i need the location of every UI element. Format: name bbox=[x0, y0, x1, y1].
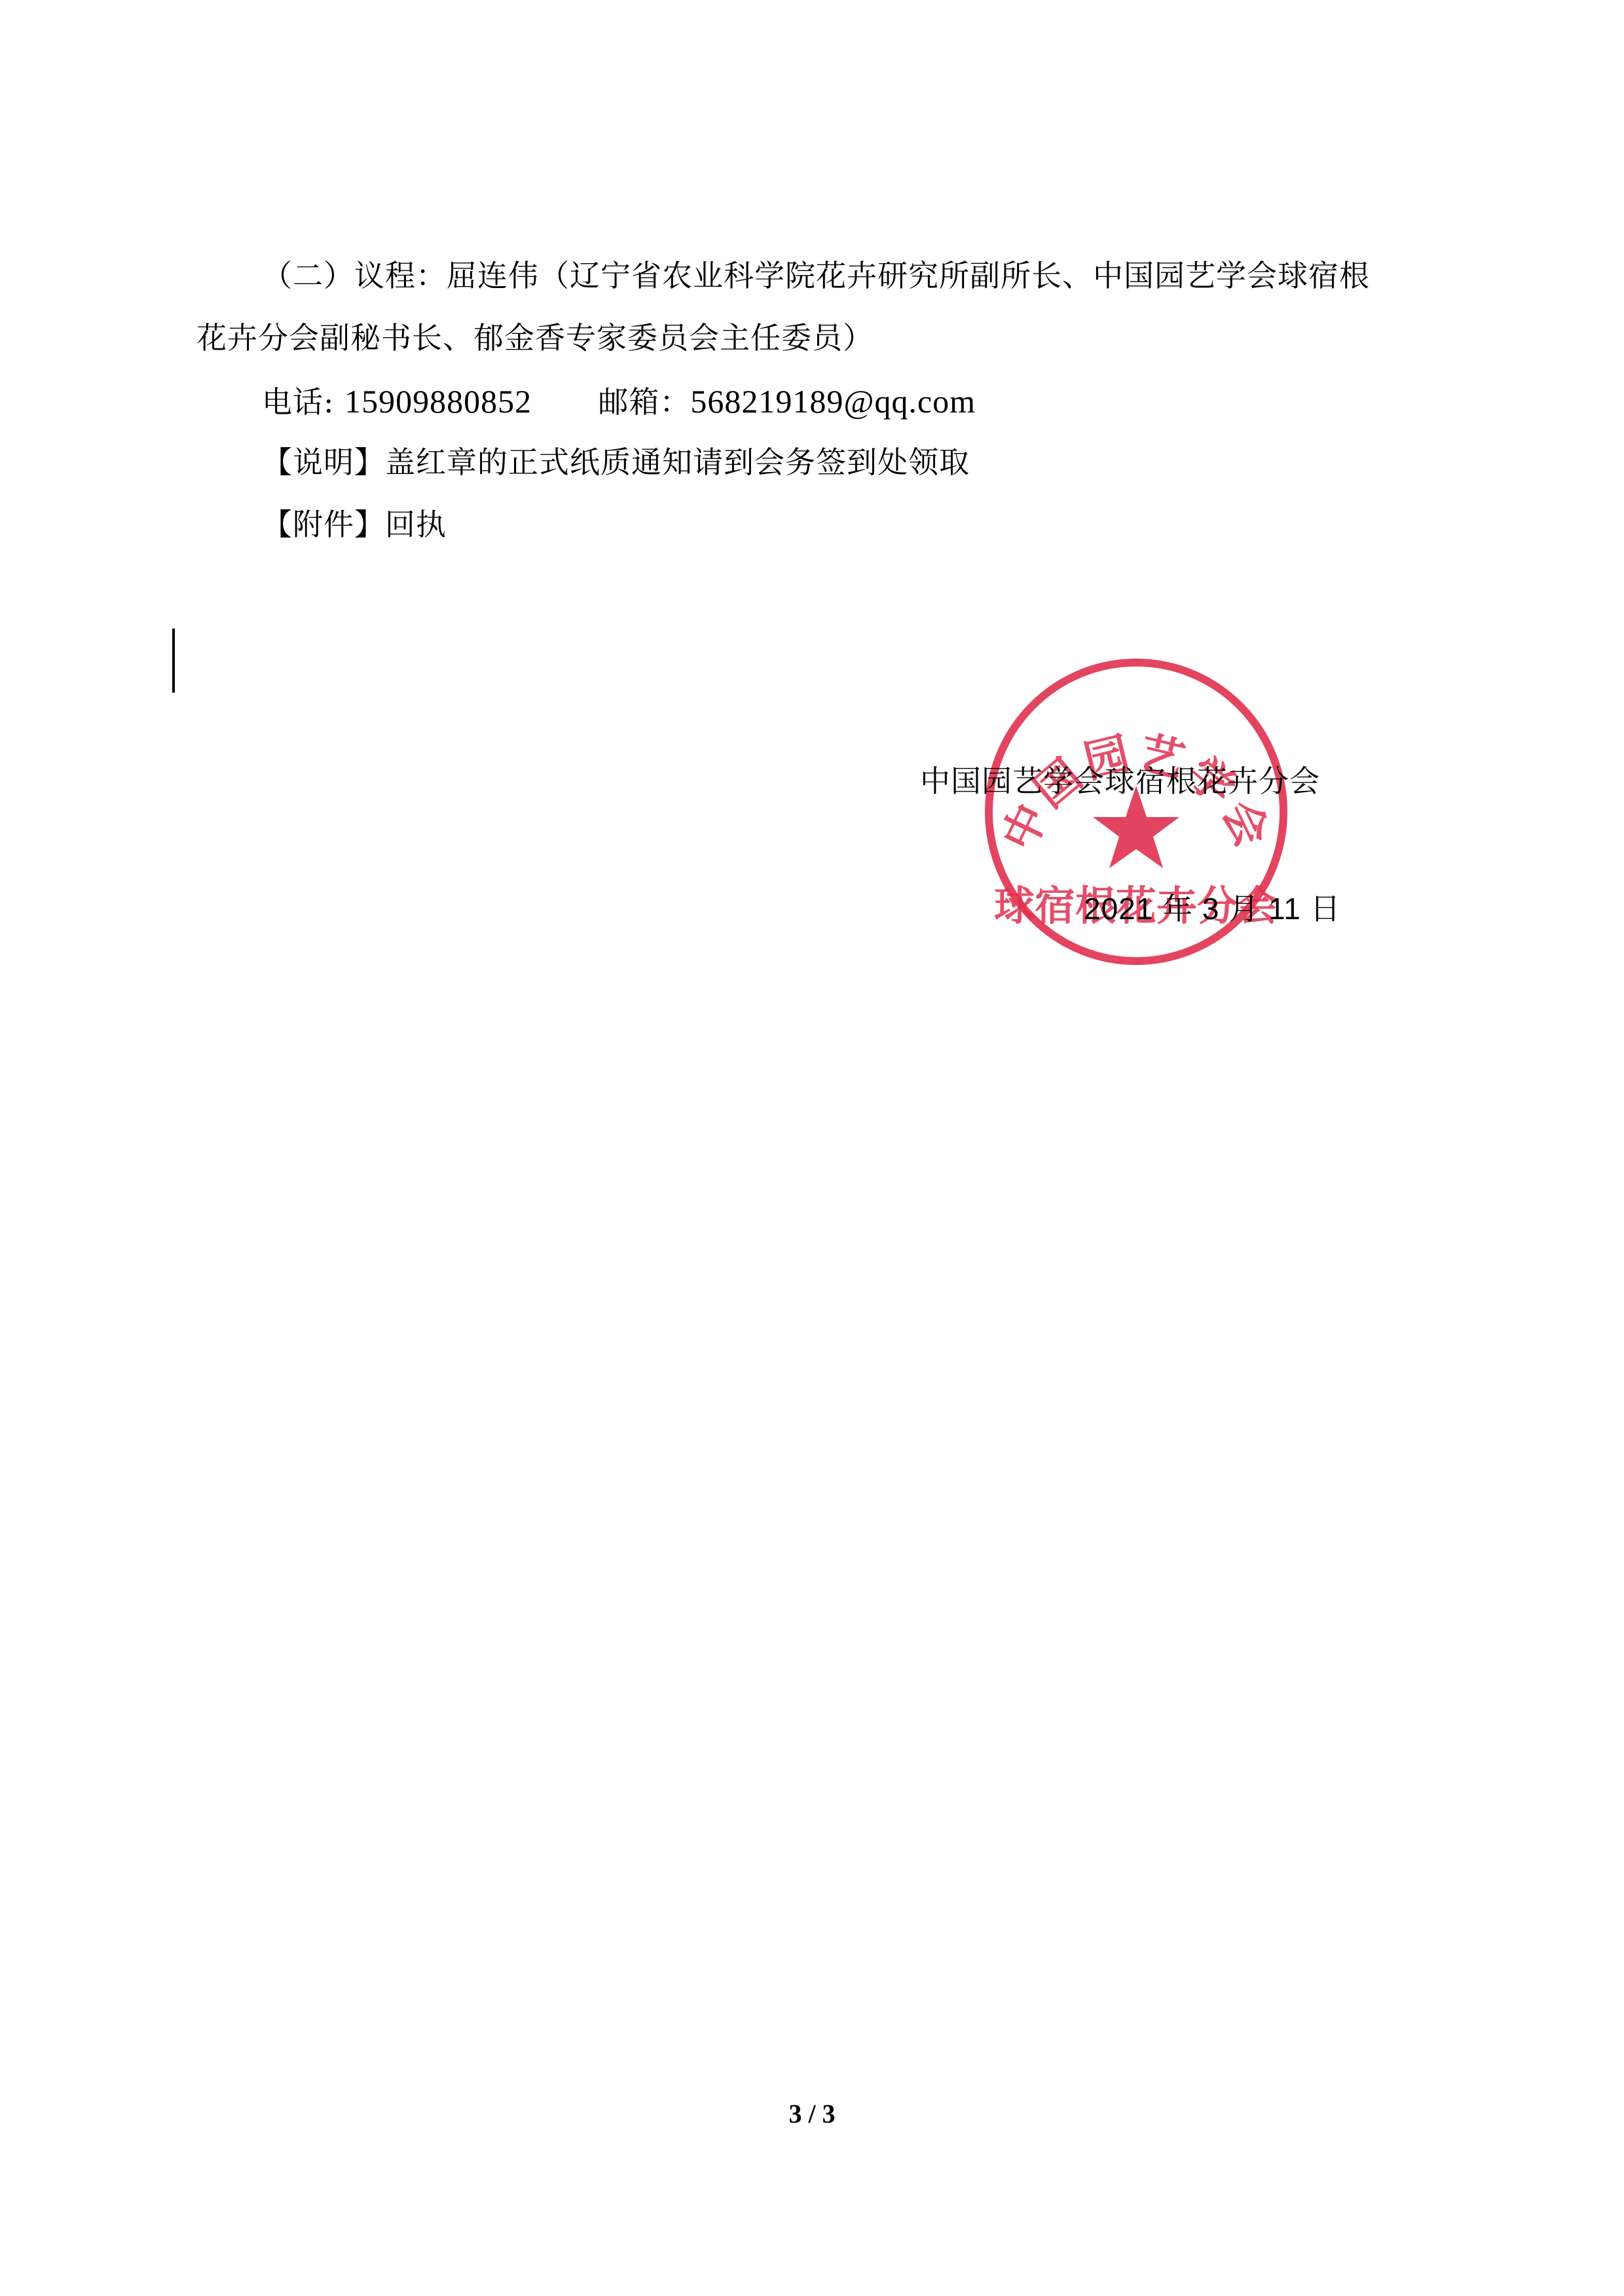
phone-label: 电话: bbox=[262, 384, 344, 420]
text-cursor bbox=[172, 629, 175, 693]
attachment-label: 【附件】 bbox=[262, 507, 385, 542]
document-page: （二）议程：屈连伟（辽宁省农业科学院花卉研究所副所长、中国园艺学会球宿根 花卉分… bbox=[0, 0, 1624, 2296]
attachment-line: 【附件】回执 bbox=[262, 509, 447, 539]
email-value[interactable]: 568219189@qq.com bbox=[690, 383, 976, 420]
attachment-text[interactable]: 回执 bbox=[385, 507, 447, 542]
contact-line: 电话: 15909880852 邮箱：568219189@qq.com bbox=[262, 385, 976, 418]
page-number: 3 / 3 bbox=[0, 2098, 1624, 2129]
note-label: 【说明】 bbox=[262, 445, 385, 480]
agenda-line-1: （二）议程：屈连伟（辽宁省农业科学院花卉研究所副所长、中国园艺学会球宿根 bbox=[262, 261, 1370, 291]
signature-date: 2021 年 3 月 11 日 bbox=[1084, 894, 1341, 924]
phone-value: 15909880852 bbox=[344, 383, 532, 420]
agenda-line-2: 花卉分会副秘书长、郁金香专家委员会主任委员） bbox=[196, 323, 874, 353]
note-line: 【说明】盖红章的正式纸质通知请到会务签到处领取 bbox=[262, 447, 970, 477]
email-label: 邮箱： bbox=[598, 384, 690, 420]
signature-organization: 中国园艺学会球宿根花卉分会 bbox=[920, 766, 1320, 796]
note-text: 盖红章的正式纸质通知请到会务签到处领取 bbox=[385, 445, 970, 480]
